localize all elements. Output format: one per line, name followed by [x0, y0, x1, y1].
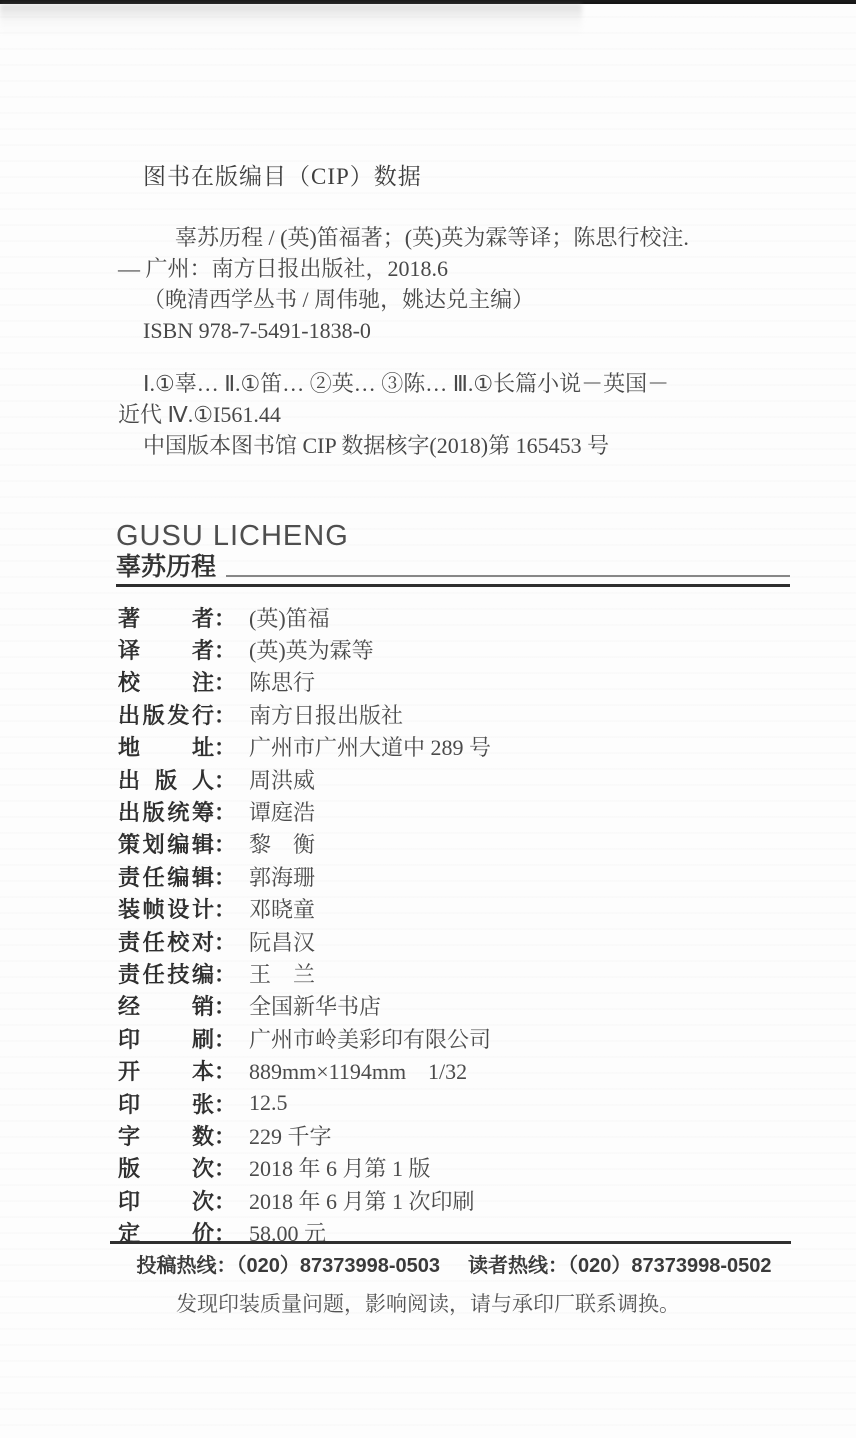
row-value: 广州市岭美彩印有限公司 — [249, 1023, 491, 1054]
row-label: 印刷 — [118, 1023, 214, 1054]
row-label: 责任编辑 — [118, 861, 214, 892]
row-label: 校注 — [118, 666, 214, 697]
row-colon: ： — [214, 958, 236, 989]
row-label: 译者 — [118, 634, 214, 665]
cip-classification-block: Ⅰ.①辜… Ⅱ.①笛… ②英… ③陈… Ⅲ.①长篇小说－英国－ 近代 Ⅳ.①I5… — [118, 368, 790, 461]
table-row: 出版人：周洪威 — [118, 763, 790, 795]
table-row: 印次：2018 年 6 月第 1 次印刷 — [118, 1184, 790, 1216]
cip-classification-line: Ⅰ.①辜… Ⅱ.①笛… ②英… ③陈… Ⅲ.①长篇小说－英国－ — [118, 368, 790, 399]
row-value: (英)笛福 — [249, 602, 330, 633]
publication-table: 著者：(英)笛福 译者：(英)英为霖等 校注：陈思行 出版发行：南方日报出版社 … — [118, 601, 790, 1249]
row-colon: ： — [214, 926, 236, 957]
table-row: 责任校对：阮昌汉 — [118, 925, 790, 957]
table-row: 出版发行：南方日报出版社 — [118, 698, 790, 730]
row-colon: ： — [214, 861, 236, 892]
row-value: 12.5 — [249, 1090, 288, 1116]
table-row: 印刷：广州市岭美彩印有限公司 — [118, 1022, 790, 1054]
row-value: 2018 年 6 月第 1 版 — [249, 1152, 431, 1183]
row-value: 陈思行 — [249, 666, 315, 697]
row-colon: ： — [214, 828, 236, 859]
cip-classification-line: 近代 Ⅳ.①I561.44 — [118, 399, 790, 430]
reader-hotline: 读者热线：（020）87373998-0502 — [468, 1255, 772, 1277]
row-value: 邓晓童 — [249, 893, 315, 924]
scanned-copyright-page: 图书在版编目（CIP）数据 辜苏历程 / (英)笛福著；(英)英为霖等译；陈思行… — [0, 0, 856, 1438]
cip-catalog-number-line: 中国版本图书馆 CIP 数据核字(2018)第 165453 号 — [118, 430, 790, 461]
table-row: 印张：12.5 — [118, 1087, 790, 1119]
table-row: 地址：广州市广州大道中 289 号 — [118, 731, 790, 763]
romanized-title: GUSU LICHENG — [116, 521, 790, 551]
row-colon: ： — [214, 764, 236, 795]
row-value: 谭庭浩 — [249, 796, 315, 827]
row-label: 出版人 — [118, 764, 214, 795]
row-value: 黎 衡 — [249, 828, 315, 859]
title-block: GUSU LICHENG 辜苏历程 — [116, 521, 790, 587]
table-row: 责任技编：王 兰 — [118, 957, 790, 989]
table-row: 责任编辑：郭海珊 — [118, 860, 790, 892]
row-colon: ： — [214, 1055, 236, 1086]
row-label: 印张 — [118, 1088, 214, 1119]
row-value: 阮昌汉 — [249, 926, 315, 957]
chinese-title-row: 辜苏历程 — [116, 552, 790, 582]
row-colon: ： — [214, 666, 236, 697]
row-value: 郭海珊 — [249, 861, 315, 892]
row-colon: ： — [214, 731, 236, 762]
row-label: 策划编辑 — [118, 828, 214, 859]
row-label: 印次 — [118, 1185, 214, 1216]
row-value: 南方日报出版社 — [249, 699, 403, 730]
row-label: 责任校对 — [118, 926, 214, 957]
footer-divider — [110, 1241, 791, 1244]
row-colon: ： — [214, 990, 236, 1021]
table-row: 译者：(英)英为霖等 — [118, 633, 790, 665]
row-value: 889mm×1194mm 1/32 — [249, 1055, 467, 1086]
row-colon: ： — [214, 796, 236, 827]
row-label: 出版统筹 — [118, 796, 214, 827]
row-colon: ： — [214, 1185, 236, 1216]
row-colon: ： — [214, 634, 236, 665]
scan-smudge-artifact — [0, 4, 582, 34]
cip-record-line: — 广州：南方日报出版社，2018.6 — [118, 253, 790, 284]
row-value: 周洪威 — [249, 764, 315, 795]
table-row: 著者：(英)笛福 — [118, 601, 790, 633]
table-row: 策划编辑：黎 衡 — [118, 828, 790, 860]
row-value: 全国新华书店 — [249, 990, 381, 1021]
table-row: 装帧设计：邓晓童 — [118, 893, 790, 925]
row-label: 出版发行 — [118, 699, 214, 730]
row-label: 字数 — [118, 1120, 214, 1151]
row-colon: ： — [214, 1120, 236, 1151]
chinese-title: 辜苏历程 — [116, 552, 216, 582]
cip-header: 图书在版编目（CIP）数据 — [143, 158, 422, 191]
row-label: 装帧设计 — [118, 893, 214, 924]
cip-record-line: 辜苏历程 / (英)笛福著；(英)英为霖等译；陈思行校注. — [118, 222, 790, 253]
cip-record-block: 辜苏历程 / (英)笛福著；(英)英为霖等译；陈思行校注. — 广州：南方日报出… — [118, 222, 790, 346]
row-colon: ： — [214, 1088, 236, 1119]
row-value: 广州市广州大道中 289 号 — [249, 731, 491, 762]
row-label: 经销 — [118, 990, 214, 1021]
row-label: 地址 — [118, 731, 214, 762]
row-value: (英)英为霖等 — [249, 634, 374, 665]
row-label: 开本 — [118, 1055, 214, 1086]
row-label: 著者 — [118, 602, 214, 633]
cip-isbn-line: ISBN 978-7-5491-1838-0 — [118, 315, 790, 346]
table-row: 经销：全国新华书店 — [118, 990, 790, 1022]
row-value: 2018 年 6 月第 1 次印刷 — [249, 1185, 475, 1216]
table-row: 版次：2018 年 6 月第 1 版 — [118, 1152, 790, 1184]
table-row: 开本：889mm×1194mm 1/32 — [118, 1054, 790, 1086]
row-colon: ： — [214, 1152, 236, 1183]
row-label: 版次 — [118, 1152, 214, 1183]
table-row: 校注：陈思行 — [118, 666, 790, 698]
row-colon: ： — [214, 893, 236, 924]
row-colon: ： — [214, 1023, 236, 1054]
table-top-divider — [116, 584, 790, 587]
row-label: 责任技编 — [118, 958, 214, 989]
cip-record-line: （晚清西学丛书 / 周伟驰，姚达兑主编） — [118, 284, 790, 315]
hotlines-row: 投稿热线：（020）87373998-0503读者热线：（020）8737399… — [118, 1249, 790, 1278]
row-value: 229 千字 — [249, 1120, 332, 1151]
row-value: 王 兰 — [249, 958, 315, 989]
quality-note: 发现印装质量问题，影响阅读，请与承印厂联系调换。 — [0, 1288, 856, 1318]
row-colon: ： — [214, 699, 236, 730]
table-row: 字数：229 千字 — [118, 1119, 790, 1151]
table-row: 出版统筹：谭庭浩 — [118, 795, 790, 827]
row-colon: ： — [214, 602, 236, 633]
submission-hotline: 投稿热线：（020）87373998-0503 — [136, 1255, 440, 1277]
title-underline — [226, 575, 790, 577]
